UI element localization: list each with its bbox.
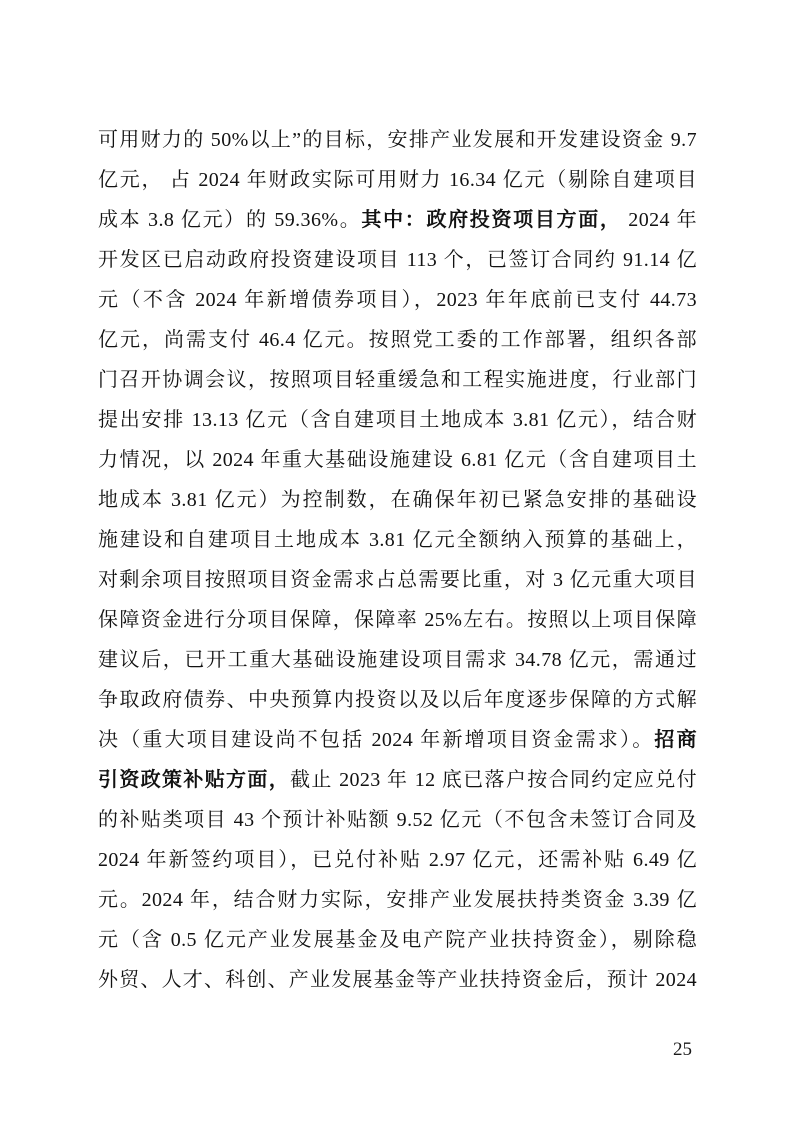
- text-line: 亿元， 占 2024 年财政实际可用财力 16.34 亿元（剔除自建项目: [98, 160, 697, 200]
- body-text-block: 可用财力的 50%以上”的目标，安排产业发展和开发建设资金 9.7 亿元， 占 …: [98, 120, 697, 1000]
- text-line: 争取政府债券、中央预算内投资以及以后年度逐步保障的方式解: [98, 680, 697, 720]
- text-segment: 开发区已启动政府投资建设项目 113 个，已签订合同约 91.14 亿: [98, 249, 697, 271]
- text-segment: 2024 年新签约项目），已兑付补贴 2.97 亿元，还需补贴 6.49 亿: [98, 849, 697, 871]
- text-line: 元。2024 年，结合财力实际，安排产业发展扶持类资金 3.39 亿: [98, 880, 697, 920]
- text-segment: 元。2024 年，结合财力实际，安排产业发展扶持类资金 3.39 亿: [98, 889, 697, 911]
- text-line: 2024 年新签约项目），已兑付补贴 2.97 亿元，还需补贴 6.49 亿: [98, 840, 697, 880]
- bold-text-segment: 其中：政府投资项目方面，: [361, 209, 621, 231]
- text-line: 元（含 0.5 亿元产业发展基金及电产院产业扶持资金），剔除稳: [98, 920, 697, 960]
- text-segment: 提出安排 13.13 亿元（含自建项目土地成本 3.81 亿元），结合财: [98, 409, 697, 431]
- text-segment: 截止 2023 年 12 底已落户按合同约定应兑付: [290, 769, 697, 791]
- text-line: 可用财力的 50%以上”的目标，安排产业发展和开发建设资金 9.7: [98, 120, 697, 160]
- text-line: 决（重大项目建设尚不包括 2024 年新增项目资金需求）。招商: [98, 720, 697, 760]
- page-number: 25: [0, 1038, 692, 1062]
- text-segment: 争取政府债券、中央预算内投资以及以后年度逐步保障的方式解: [98, 689, 697, 711]
- text-segment: 保障资金进行分项目保障，保障率 25%左右。按照以上项目保障: [98, 609, 697, 631]
- text-line: 引资政策补贴方面，截止 2023 年 12 底已落户按合同约定应兑付: [98, 760, 697, 800]
- text-line: 保障资金进行分项目保障，保障率 25%左右。按照以上项目保障: [98, 600, 697, 640]
- text-line: 对剩余项目按照项目资金需求占总需要比重，对 3 亿元重大项目: [98, 560, 697, 600]
- text-segment: 亿元，尚需支付 46.4 亿元。按照党工委的工作部署，组织各部: [98, 329, 697, 351]
- text-segment: 建议后，已开工重大基础设施建设项目需求 34.78 亿元，需通过: [98, 649, 697, 671]
- text-line: 的补贴类项目 43 个预计补贴额 9.52 亿元（不包含未签订合同及: [98, 800, 697, 840]
- text-line: 外贸、人才、科创、产业发展基金等产业扶持资金后，预计 2024: [98, 960, 697, 1000]
- text-line: 建议后，已开工重大基础设施建设项目需求 34.78 亿元，需通过: [98, 640, 697, 680]
- text-line: 亿元，尚需支付 46.4 亿元。按照党工委的工作部署，组织各部: [98, 320, 697, 360]
- text-segment: 决（重大项目建设尚不包括 2024 年新增项目资金需求）。: [98, 729, 654, 751]
- text-line: 元（不含 2024 年新增债券项目），2023 年年底前已支付 44.73: [98, 280, 697, 320]
- text-segment: 外贸、人才、科创、产业发展基金等产业扶持资金后，预计 2024: [98, 969, 697, 991]
- text-segment: 力情况，以 2024 年重大基础设施建设 6.81 亿元（含自建项目土: [98, 449, 697, 471]
- text-segment: 门召开协调会议，按照项目轻重缓急和工程实施进度，行业部门: [98, 369, 697, 391]
- text-segment: 对剩余项目按照项目资金需求占总需要比重，对 3 亿元重大项目: [98, 569, 697, 591]
- bold-text-segment: 引资政策补贴方面，: [98, 769, 290, 791]
- text-line: 力情况，以 2024 年重大基础设施建设 6.81 亿元（含自建项目土: [98, 440, 697, 480]
- text-line: 提出安排 13.13 亿元（含自建项目土地成本 3.81 亿元），结合财: [98, 400, 697, 440]
- text-segment: 2024 年: [622, 209, 697, 231]
- text-segment: 元（不含 2024 年新增债券项目），2023 年年底前已支付 44.73: [98, 289, 697, 311]
- text-line: 门召开协调会议，按照项目轻重缓急和工程实施进度，行业部门: [98, 360, 697, 400]
- text-segment: 成本 3.8 亿元）的 59.36%。: [98, 209, 361, 231]
- text-line: 地成本 3.81 亿元）为控制数，在确保年初已紧急安排的基础设: [98, 480, 697, 520]
- text-segment: 亿元， 占 2024 年财政实际可用财力 16.34 亿元（剔除自建项目: [98, 169, 697, 191]
- text-segment: 的补贴类项目 43 个预计补贴额 9.52 亿元（不包含未签订合同及: [98, 809, 697, 831]
- text-segment: 地成本 3.81 亿元）为控制数，在确保年初已紧急安排的基础设: [98, 489, 697, 511]
- document-page: 可用财力的 50%以上”的目标，安排产业发展和开发建设资金 9.7 亿元， 占 …: [0, 0, 793, 1122]
- text-segment: 元（含 0.5 亿元产业发展基金及电产院产业扶持资金），剔除稳: [98, 929, 697, 951]
- text-segment: 可用财力的 50%以上”的目标，安排产业发展和开发建设资金 9.7: [98, 129, 697, 151]
- text-line: 施建设和自建项目土地成本 3.81 亿元全额纳入预算的基础上，: [98, 520, 697, 560]
- bold-text-segment: 招商: [654, 729, 697, 751]
- text-line: 成本 3.8 亿元）的 59.36%。其中：政府投资项目方面， 2024 年: [98, 200, 697, 240]
- text-line: 开发区已启动政府投资建设项目 113 个，已签订合同约 91.14 亿: [98, 240, 697, 280]
- text-segment: 施建设和自建项目土地成本 3.81 亿元全额纳入预算的基础上，: [98, 529, 697, 551]
